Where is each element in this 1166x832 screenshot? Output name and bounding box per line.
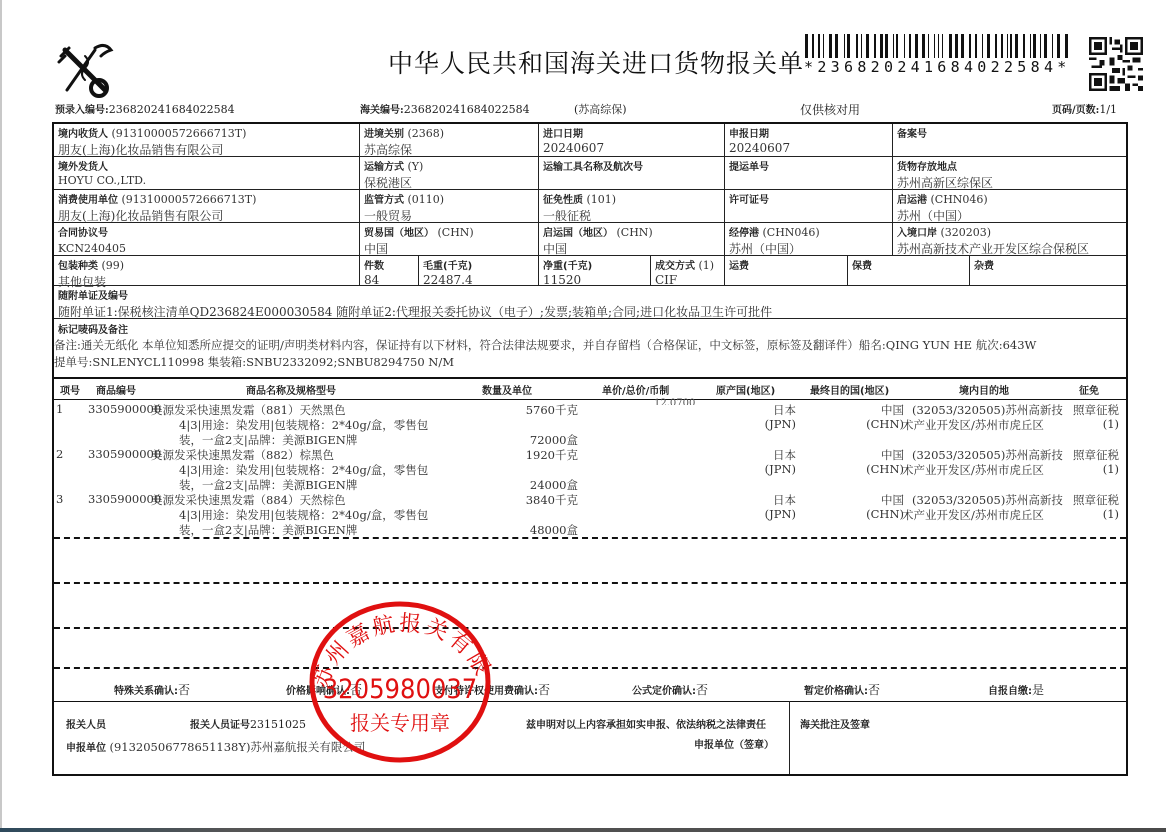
field-departure-country: 启运国（地区） (CHN)中国: [539, 223, 725, 256]
item-dest-country: 中国: [854, 402, 904, 418]
field-transport-tool: 运输工具名称及航次号: [539, 157, 725, 190]
item-qty-count: 48000盒: [478, 522, 578, 538]
item-domestic-dest: (32053/320505)苏州高新技: [912, 492, 1063, 508]
field-license-no: 许可证号: [725, 190, 893, 223]
declaration-form: 境内收货人 (91310000572666713T)朋友(上海)化妆品销售有限公…: [52, 122, 1128, 776]
item-domestic-dest: (32053/320505)苏州高新技: [912, 447, 1063, 463]
col-header-name: 商品名称及规格型号: [246, 382, 336, 397]
page-number: 页码/页数:1/1: [1052, 101, 1117, 116]
item-origin: 日本: [754, 492, 796, 508]
item-spec: 装，一盒2支|品牌：美源BIGEN牌: [179, 477, 357, 493]
field-declare-date: 申报日期20240607: [725, 124, 893, 157]
field-entry-port: 入境口岸 (320203)苏州高新技术产业开发区综合保税区: [893, 223, 1126, 256]
item-dest-code: (CHN): [854, 462, 904, 476]
taskbar-strip: [0, 828, 1166, 832]
item-qty-count: 72000盒: [478, 432, 578, 448]
item-qty-count: 24000盒: [478, 477, 578, 493]
footer-divider: [54, 701, 1126, 702]
item-no: 3: [56, 492, 63, 506]
declarant-label: 报关人员: [66, 716, 106, 731]
col-header-levy: 征免: [1079, 382, 1099, 397]
qr-code-icon: [1089, 37, 1143, 91]
item-qty-weight: 1920千克: [478, 447, 578, 463]
confirm-provisional-price: 暂定价格确认:否: [804, 681, 880, 698]
pre-entry-number: 预录入编号:236820241684022584: [55, 101, 235, 116]
field-import-date: 进口日期20240607: [539, 124, 725, 157]
item-levy-code: (1): [1064, 507, 1119, 521]
field-trade-country: 贸易国（地区） (CHN)中国: [360, 223, 539, 256]
field-contract-no: 合同协议号KCN240405: [54, 223, 360, 256]
items-header-line: [54, 399, 1126, 400]
window-left-edge: [0, 0, 2, 832]
table-divider: [54, 627, 1126, 629]
customs-approval-label: 海关批注及签章: [800, 716, 870, 731]
item-domestic-dest: (32053/320505)苏州高新技: [912, 402, 1063, 418]
confirm-self-declare: 自报自缴:是: [988, 681, 1044, 698]
item-dest-code: (CHN): [854, 417, 904, 431]
field-stop-port: 经停港 (CHN046)苏州（中国）: [725, 223, 893, 256]
declaration-statement: 兹申明对以上内容承担如实申报、依法纳税之法律责任: [526, 716, 766, 731]
item-no: 1: [56, 402, 63, 416]
field-entry-customs: 进境关别 (2368)苏高综保: [360, 124, 539, 157]
field-misc-fee: 杂费: [970, 256, 1126, 286]
item-spec: 4|3|用途：染发用|包装规格：2*40g/盒，零售包: [179, 507, 428, 523]
item-dest-code: (CHN): [854, 507, 904, 521]
field-gross-weight: 毛重(千克)22487.4: [419, 256, 539, 286]
item-spec: 装，一盒2支|品牌：美源BIGEN牌: [179, 432, 357, 448]
item-levy-code: (1): [1064, 462, 1119, 476]
table-divider: [54, 537, 1126, 539]
sign-label: 申报单位（签章）: [694, 736, 774, 751]
customs-office: (苏高综保): [574, 101, 627, 117]
item-levy-code: (1): [1064, 417, 1119, 431]
field-freight: 运费: [725, 256, 848, 286]
field-consignee: 境内收货人 (91310000572666713T)朋友(上海)化妆品销售有限公…: [54, 124, 360, 157]
item-levy: 照章征税: [1064, 447, 1119, 463]
col-header-domestic-dest: 境内目的地: [959, 382, 1009, 397]
barcode: [805, 34, 1070, 58]
item-spec: 装，一盒2支|品牌：美源BIGEN牌: [179, 522, 357, 538]
item-levy: 照章征税: [1064, 492, 1119, 508]
field-storage-place: 货物存放地点苏州高新区综保区: [893, 157, 1126, 190]
item-no: 2: [56, 447, 63, 461]
field-remarks: 标记唛码及备注 备注:通关无纸化 本单位知悉所应提交的证明/声明类材料内容，保证…: [54, 319, 1126, 379]
confirm-royalty: 支付特许权使用费确认:否: [434, 681, 550, 698]
item-origin: 日本: [754, 447, 796, 463]
item-dest-country: 中国: [854, 492, 904, 508]
field-supervision-mode: 监管方式 (0110)一般贸易: [360, 190, 539, 223]
field-record-no: 备案号: [893, 124, 1126, 157]
item-name: 美源发采快速黑发霜（881）天然黑色: [151, 402, 345, 418]
field-pieces: 件数84: [360, 256, 419, 286]
field-net-weight: 净重(千克)11520: [539, 256, 651, 286]
field-tax-nature: 征免性质 (101)一般征税: [539, 190, 725, 223]
field-overseas-shipper: 境外发货人HOYU CO.,LTD.: [54, 157, 360, 190]
item-levy: 照章征税: [1064, 402, 1119, 418]
customs-emblem-icon: [55, 38, 115, 100]
declarant-cert: 报关人员证号23151025: [190, 716, 306, 731]
barcode-text: *236820241684022584*: [804, 58, 1071, 76]
col-header-origin: 原产国(地区): [716, 382, 775, 397]
table-divider: [54, 582, 1126, 584]
declaring-unit: 申报单位 (91320506778651138Y)苏州嘉航报关有限公司: [66, 739, 365, 755]
item-origin-code: (JPN): [754, 507, 796, 521]
col-header-hs-code: 商品编号: [96, 382, 136, 397]
redacted-price-area: [637, 405, 721, 535]
field-attached-docs: 随附单证及编号随附单证1:保税核注清单QD236824E000030584 随附…: [54, 286, 1126, 319]
confirm-price-impact: 价格影响确认:否: [286, 681, 362, 698]
item-dest-country: 中国: [854, 447, 904, 463]
field-package-type: 包装种类 (99)其他包装: [54, 256, 360, 286]
field-deal-mode: 成交方式 (1)CIF: [651, 256, 725, 286]
watermark-text: 仅供核对用: [800, 101, 860, 118]
col-header-dest-country: 最终目的国(地区): [810, 382, 889, 397]
item-name: 美源发采快速黑发霜（882）棕黑色: [151, 447, 334, 463]
col-header-no: 项号: [60, 382, 80, 397]
item-domestic-dest: 术产业开发区/苏州市虎丘区: [902, 507, 1044, 523]
col-header-price: 单价/总价/币制: [602, 382, 669, 397]
item-spec: 4|3|用途：染发用|包装规格：2*40g/盒，零售包: [179, 462, 428, 478]
footer-vertical-divider: [789, 701, 790, 774]
item-qty-weight: 3840千克: [478, 492, 578, 508]
field-insurance: 保费: [848, 256, 970, 286]
item-qty-weight: 5760千克: [478, 402, 578, 418]
table-divider: [54, 667, 1126, 669]
item-domestic-dest: 术产业开发区/苏州市虎丘区: [902, 462, 1044, 478]
item-origin-code: (JPN): [754, 417, 796, 431]
item-name: 美源发采快速黑发霜（884）天然棕色: [151, 492, 345, 508]
item-domestic-dest: 术产业开发区/苏州市虎丘区: [902, 417, 1044, 433]
confirm-formula-price: 公式定价确认:否: [632, 681, 708, 698]
item-origin-code: (JPN): [754, 462, 796, 476]
confirm-special-relation: 特殊关系确认:否: [114, 681, 190, 698]
customs-number: 海关编号:236820241684022584: [360, 101, 530, 116]
field-consumer-unit: 消费使用单位 (91310000572666713T)朋友(上海)化妆品销售有限…: [54, 190, 360, 223]
field-bill-no: 提运单号: [725, 157, 893, 190]
col-header-qty: 数量及单位: [482, 382, 532, 397]
document-title: 中华人民共和国海关进口货物报关单: [388, 44, 804, 80]
field-transport-mode: 运输方式 (Y)保税港区: [360, 157, 539, 190]
item-spec: 4|3|用途：染发用|包装规格：2*40g/盒，零售包: [179, 417, 428, 433]
field-departure-port: 启运港 (CHN046)苏州（中国）: [893, 190, 1126, 223]
item-origin: 日本: [754, 402, 796, 418]
